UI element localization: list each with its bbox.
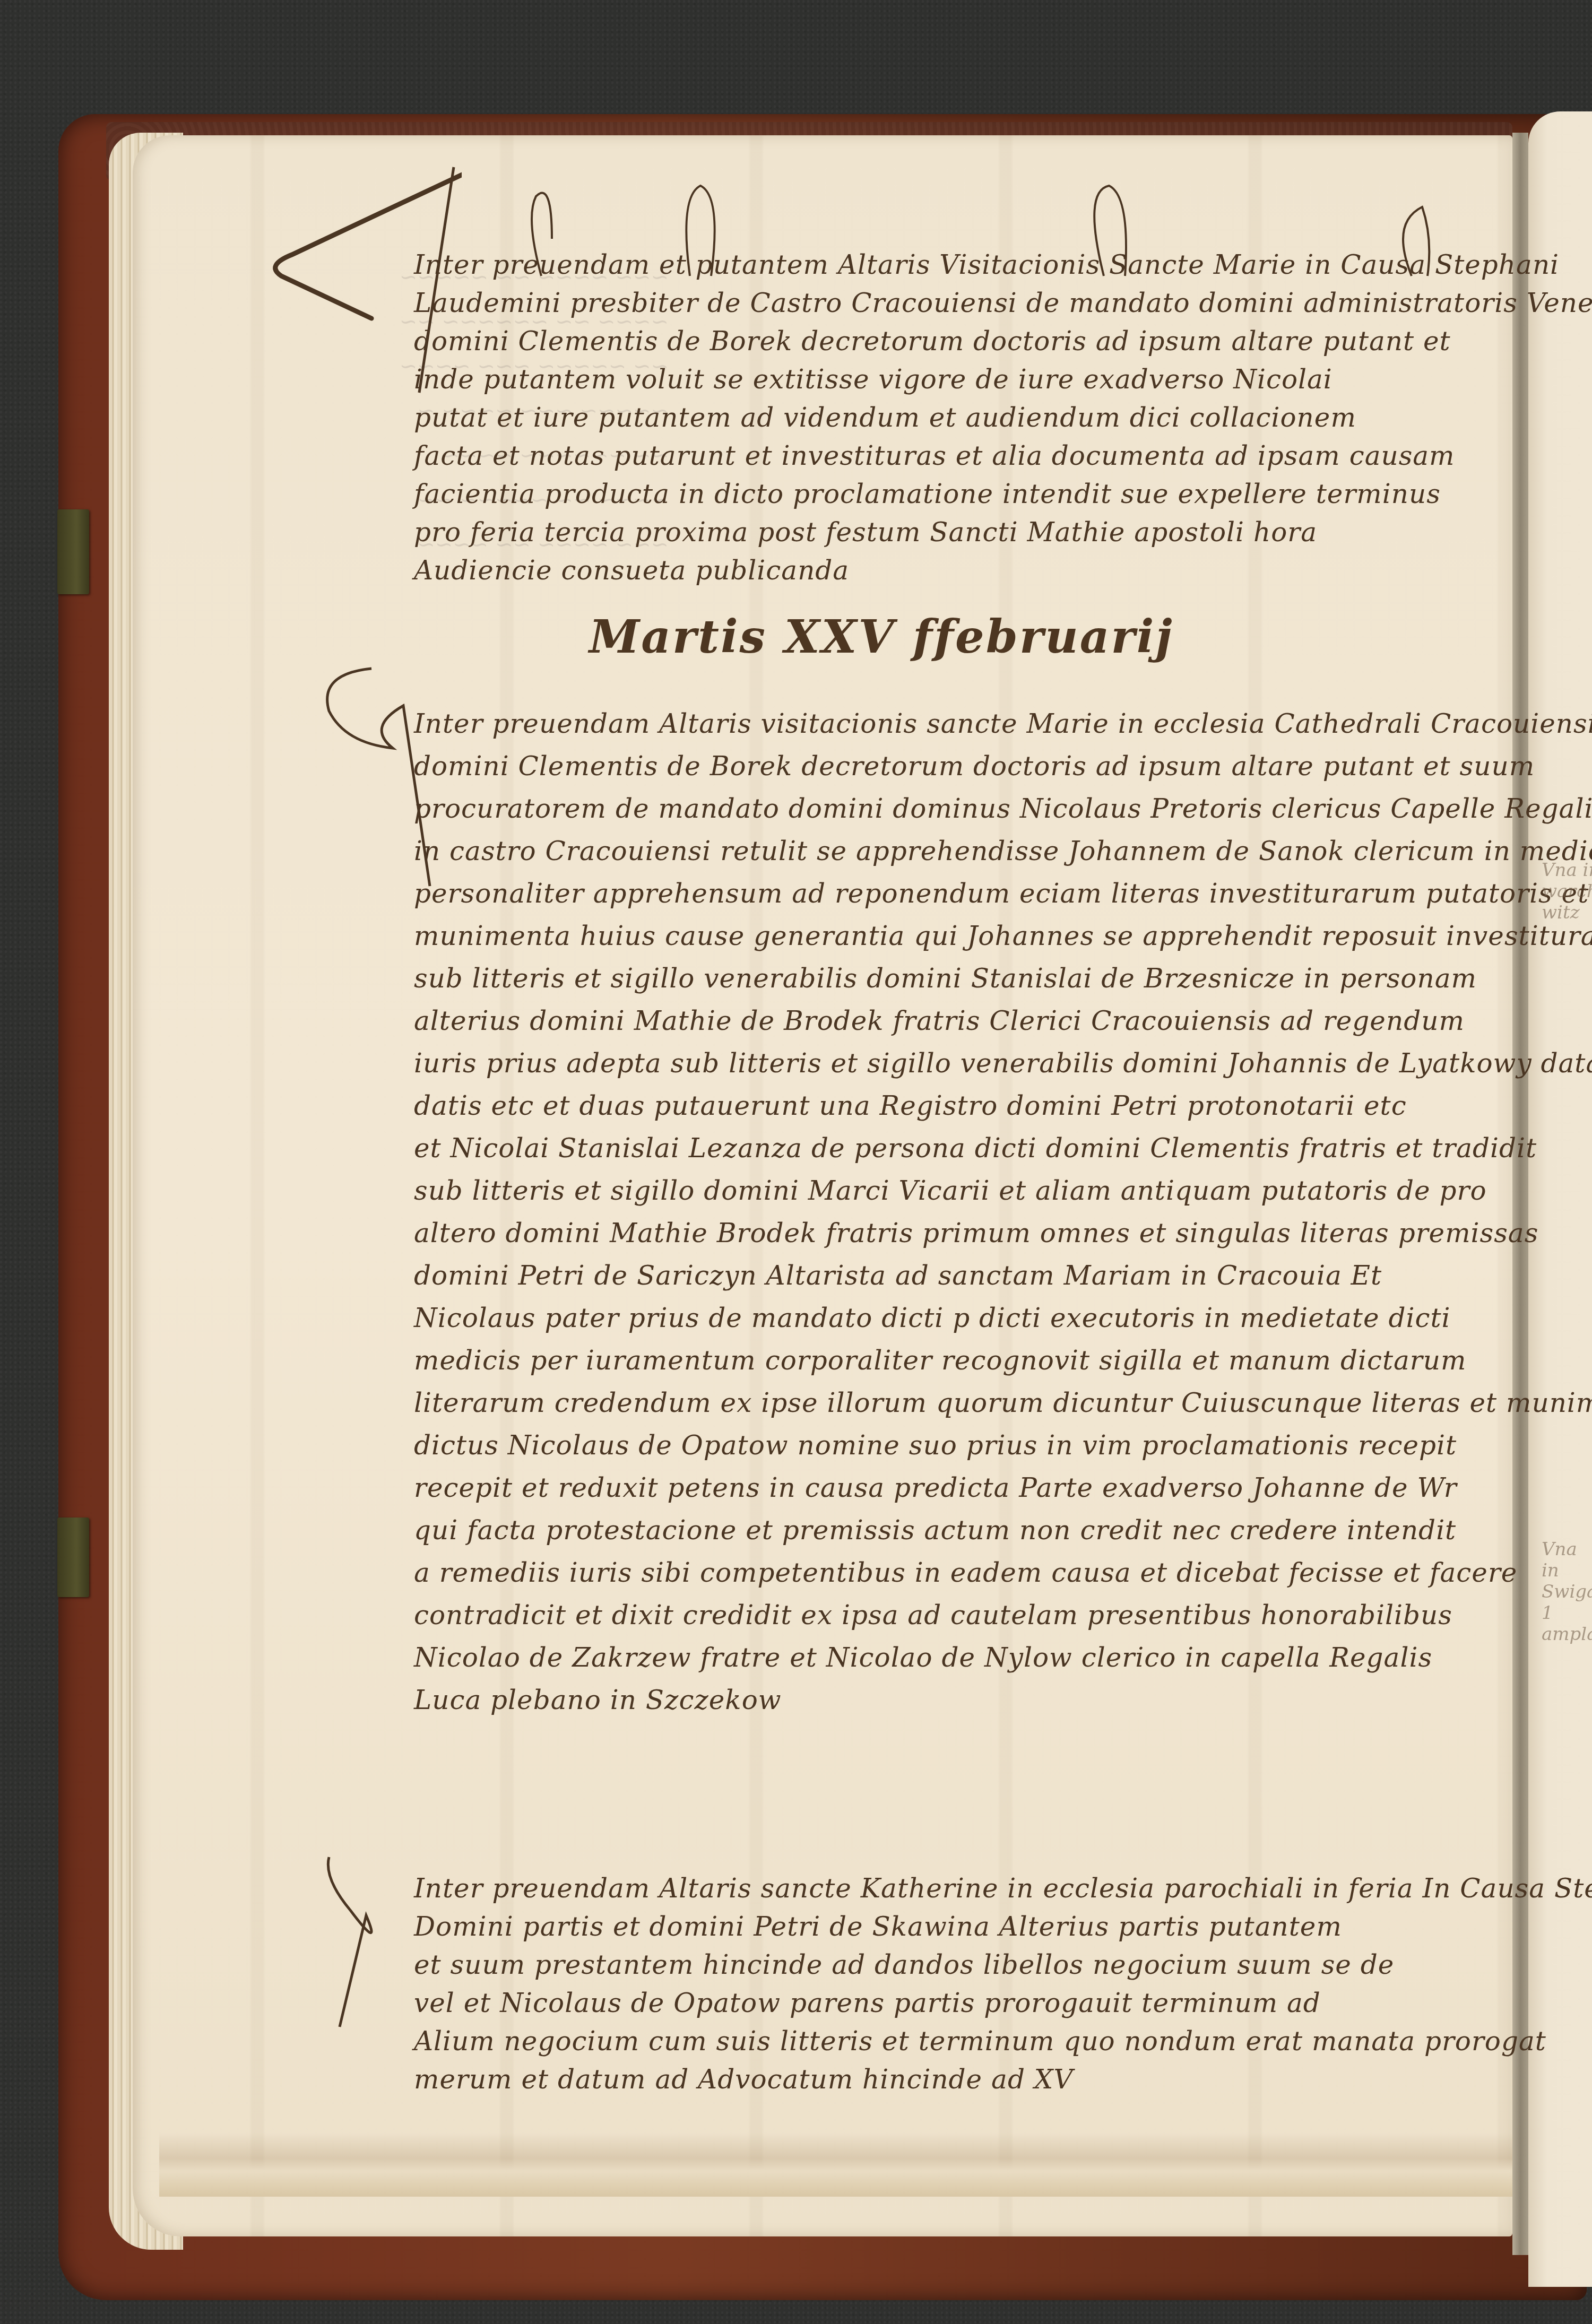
entry-2-line: alterius domini Mathie de Brodek fratris… <box>414 1005 1465 1036</box>
gutter-fold <box>1512 133 1528 2255</box>
entry-2-line: iuris prius adepta sub litteris et sigil… <box>414 1048 1592 1079</box>
entry-3-line: et suum prestantem hincinde ad dandos li… <box>414 1949 1394 1980</box>
facing-page-edge <box>1528 111 1592 2287</box>
entry-2-line: contradicit et dixit credidit ex ipsa ad… <box>414 1600 1452 1631</box>
entry-2-line: altero domini Mathie Brodek fratris prim… <box>414 1218 1538 1248</box>
entry-2-line: Nicolaus pater prius de mandato dicti p … <box>414 1303 1451 1333</box>
entry-2-line: a remediis iuris sibi competentibus in e… <box>414 1557 1517 1588</box>
entry-1-line: Inter preuendam et putantem Altaris Visi… <box>414 249 1559 280</box>
entry-3-line: Domini partis et domini Petri de Skawina… <box>414 1911 1342 1942</box>
entry-1-line: pro feria tercia proxima post festum San… <box>414 517 1317 548</box>
entry-2-line: medicis per iuramentum corporaliter reco… <box>414 1345 1466 1376</box>
entry-3-line: merum et datum ad Advocatum hincinde ad … <box>414 2064 1074 2095</box>
entry-3-line: vel et Nicolaus de Opatow parens partis … <box>414 1988 1321 2018</box>
entry-1-line: facta et notas putarunt et investituras … <box>414 440 1455 471</box>
entry-2-line: qui facta protestacione et premissis act… <box>414 1515 1456 1546</box>
entry-1-line: Audiencie consueta publicanda <box>414 555 849 586</box>
entry-3-line: Inter preuendam Altaris sancte Katherine… <box>414 1873 1592 1904</box>
entry-2-line: domini Clementis de Borek decretorum doc… <box>414 751 1535 782</box>
entry-2-line: personaliter apprehensum ad reponendum e… <box>414 878 1592 909</box>
clasp-strap-upper <box>57 509 89 594</box>
entry-2-line: dictus Nicolaus de Opatow nomine suo pri… <box>414 1430 1457 1461</box>
entry-1-line: putat et iure putantem ad videndum et au… <box>414 402 1356 433</box>
entry-1-line: facientia producta in dicto proclamation… <box>414 479 1441 509</box>
entry-2-line: sub litteris et sigillo venerabilis domi… <box>414 963 1477 994</box>
entry-1-line: inde putantem voluit se extitisse vigore… <box>414 364 1333 395</box>
entry-2-line: domini Petri de Sariczyn Altarista ad sa… <box>414 1260 1382 1291</box>
entry-2-line: in castro Cracouiensi retulit se apprehe… <box>414 836 1592 866</box>
entry-2-line: Inter preuendam Altaris visitacionis san… <box>414 708 1592 739</box>
date-heading: Martis XXV ffebruarij <box>589 610 1174 664</box>
clasp-strap-lower <box>57 1517 89 1597</box>
entry-2-line: Luca plebano in Szczekow <box>414 1685 782 1715</box>
entry-3-line-with-deletion: Alium negocium cum suis litteris et term… <box>414 2026 1546 2057</box>
entry-2-line: datis etc et duas putauerunt una Registr… <box>414 1090 1407 1121</box>
entry-1-line: Laudemini presbiter de Castro Cracouiens… <box>414 288 1592 318</box>
entry-2-line: procuratorem de mandato domini dominus N… <box>414 793 1592 824</box>
entry-1-line: domini Clementis de Borek decretorum doc… <box>414 326 1451 357</box>
entry-2-line: Nicolao de Zakrzew fratre et Nicolao de … <box>414 1642 1432 1673</box>
entry-2-line: et Nicolai Stanislai Lezanza de persona … <box>414 1133 1537 1164</box>
margin-note-upper: Vna in warche- witz <box>1542 860 1592 923</box>
margin-note-lower: Vna in Swiga 1 ampla <box>1542 1539 1592 1645</box>
entry-2-line: literarum credendum ex ipse illorum quor… <box>414 1388 1592 1418</box>
water-stain <box>159 2133 1512 2197</box>
entry-2-line: recepit et reduxit petens in causa predi… <box>414 1472 1457 1503</box>
entry-2-line: munimenta huius cause generantia qui Joh… <box>414 921 1592 951</box>
entry-2-line: sub litteris et sigillo domini Marci Vic… <box>414 1175 1487 1206</box>
